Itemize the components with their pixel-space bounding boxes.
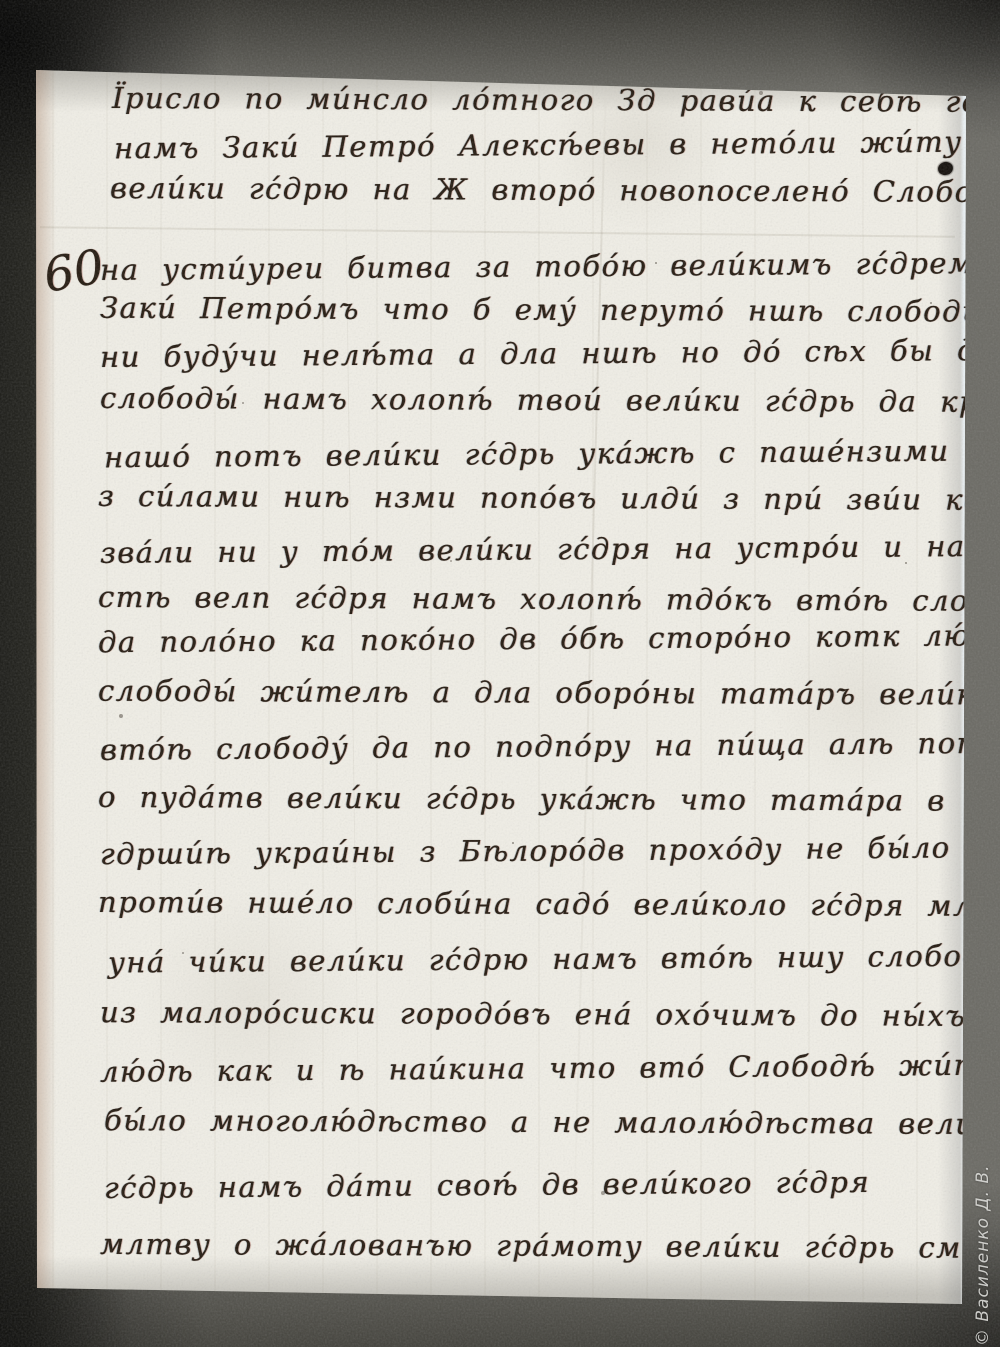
- manuscript-line: нашо́ потъ вели́ки гс́дрь ука́жѣ с паше́…: [104, 433, 950, 476]
- manuscript-line: проти́в нше́ло слоби́на садо́ вели́коло …: [98, 884, 1000, 924]
- manuscript-line: бы́ло многолю́дѣство а не малолю́дѣства …: [104, 1102, 976, 1142]
- manuscript-page: 60 Їрисло по ми́нсло ло́тного Зд рави́а …: [0, 0, 1000, 1347]
- manuscript-photo: 60 Їрисло по ми́нсло ло́тного Зд рави́а …: [0, 0, 1000, 1347]
- manuscript-line: зва́ли ни у то́м вели́ки гс́дря на устро…: [100, 527, 1000, 571]
- manuscript-line: млтву о жа́лованъю гра́моту вели́ки гс́д…: [100, 1226, 1000, 1266]
- manuscript-header-line: вели́ки гс́дрю на Ж второ́ новопоселено́…: [110, 170, 1000, 210]
- manuscript-line: уна́ чи́ки вели́ки гс́дрю намъ вто́ѣ ншу…: [108, 937, 1000, 980]
- manuscript-line: Заки́ Петро́мъ что б ему́ перуто́ ншѣ сл…: [100, 290, 1000, 331]
- manuscript-line: из малоро́сиски городо́въ ена́ охо́чимъ …: [100, 994, 966, 1034]
- manuscript-line: вто́ѣ слободу́ да по подпо́ру на пи́ща а…: [100, 724, 1000, 768]
- archive-number: 60: [40, 239, 108, 304]
- manuscript-line: гс́дрь намъ да́ти своѣ́ дв вели́кого гс́…: [104, 1164, 870, 1206]
- manuscript-line: лю́дѣ как и ѣ наи́кина что вто́ Слободѣ́…: [100, 1046, 1000, 1089]
- manuscript-line: о пуда́тв вели́ки гс́дрь ука́жѣ что тата…: [98, 779, 1000, 819]
- manuscript-line: стѣ велп гс́дря намъ холопѣ́ тдо́къ вто́…: [98, 579, 1000, 619]
- manuscript-line: ни буду́чи нелѣ́та а дла ншѣ но до́ сѣх …: [100, 331, 1000, 375]
- manuscript-header-line: намъ Заки́ Петро́ Алексѣ́евы в нето́ли ж…: [114, 124, 963, 167]
- manuscript-line: да поло́но ка поко́но дв о́бѣ сторо́но к…: [98, 616, 1000, 661]
- manuscript-line: на усти́уреи битва за тобо́ю вели́кимъ г…: [100, 244, 1000, 288]
- manuscript-line: гдрши́ѣ украи́ны з Бѣлоро́дв прохо́ду не…: [100, 828, 1000, 872]
- manuscript-line: з си́лами ниѣ нзми попо́въ илди́ з при́ …: [98, 478, 1000, 518]
- manuscript-line: слободы́ жи́телѣ а дла оборо́ны тата́ръ …: [98, 673, 1000, 714]
- copyright-watermark: © Василенко Д. В.: [970, 1110, 996, 1346]
- manuscript-line: слободы́ намъ холопѣ́ твои́ вели́ки гс́д…: [100, 380, 1000, 420]
